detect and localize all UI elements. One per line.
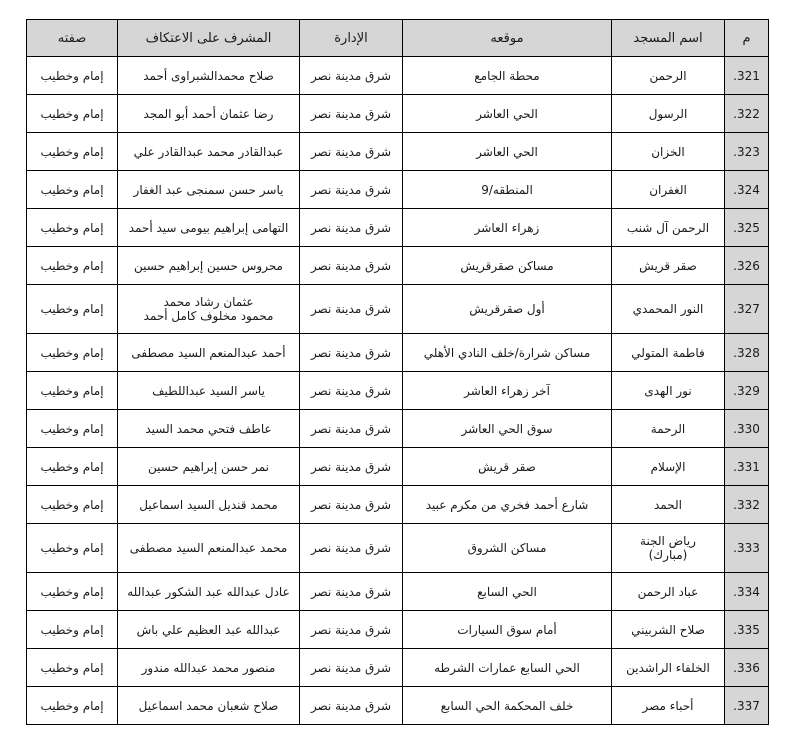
header-location: موقعه bbox=[403, 20, 612, 57]
cell-mosque: صلاح الشربيني bbox=[612, 611, 725, 649]
cell-mosque: الرحمن bbox=[612, 57, 725, 95]
cell-seq: .337 bbox=[725, 687, 769, 725]
cell-seq: .322 bbox=[725, 95, 769, 133]
cell-admin: شرق مدينة نصر bbox=[300, 611, 403, 649]
header-seq: م bbox=[725, 20, 769, 57]
cell-supervisor: صلاح شعبان محمد اسماعيل bbox=[118, 687, 300, 725]
header-supervisor: المشرف على الاعتكاف bbox=[118, 20, 300, 57]
cell-title: إمام وخطيب bbox=[27, 334, 118, 372]
cell-supervisor: عثمان رشاد محمد محمود مخلوف كامل أحمد bbox=[118, 285, 300, 334]
cell-supervisor: ياسر حسن سمنجى عبد الغفار bbox=[118, 171, 300, 209]
cell-title: إمام وخطيب bbox=[27, 171, 118, 209]
table-row: .329 نور الهدى آخر زهراء العاشر شرق مدين… bbox=[27, 372, 769, 410]
cell-mosque: صقر قريش bbox=[612, 247, 725, 285]
cell-mosque: الرحمن آل شنب bbox=[612, 209, 725, 247]
table-row: .333 رياض الجنة (مبارك) مساكن الشروق شرق… bbox=[27, 524, 769, 573]
table-row: .321 الرحمن محطة الجامع شرق مدينة نصر صل… bbox=[27, 57, 769, 95]
cell-mosque: الغفران bbox=[612, 171, 725, 209]
cell-admin: شرق مدينة نصر bbox=[300, 410, 403, 448]
cell-seq: .333 bbox=[725, 524, 769, 573]
table-row: .324 الغفران المنطقه/9 شرق مدينة نصر ياس… bbox=[27, 171, 769, 209]
cell-supervisor: محمد قنديل السيد اسماعيل bbox=[118, 486, 300, 524]
cell-location: آخر زهراء العاشر bbox=[403, 372, 612, 410]
cell-supervisor: نمر حسن إبراهيم حسين bbox=[118, 448, 300, 486]
cell-seq: .323 bbox=[725, 133, 769, 171]
cell-supervisor: عاطف فتحي محمد السيد bbox=[118, 410, 300, 448]
cell-supervisor: رضا عثمان أحمد أبو المجد bbox=[118, 95, 300, 133]
table-body: .321 الرحمن محطة الجامع شرق مدينة نصر صل… bbox=[27, 57, 769, 725]
document-page: م اسم المسجد موقعه الإدارة المشرف على ال… bbox=[0, 0, 807, 738]
cell-seq: .324 bbox=[725, 171, 769, 209]
cell-supervisor: منصور محمد عبدالله مندور bbox=[118, 649, 300, 687]
cell-seq: .321 bbox=[725, 57, 769, 95]
cell-location: المنطقه/9 bbox=[403, 171, 612, 209]
cell-location: خلف المحكمة الحي السابع bbox=[403, 687, 612, 725]
cell-admin: شرق مدينة نصر bbox=[300, 133, 403, 171]
cell-admin: شرق مدينة نصر bbox=[300, 687, 403, 725]
cell-title: إمام وخطيب bbox=[27, 372, 118, 410]
cell-seq: .329 bbox=[725, 372, 769, 410]
cell-seq: .331 bbox=[725, 448, 769, 486]
cell-location: مساكن صقرقريش bbox=[403, 247, 612, 285]
cell-mosque: الرسول bbox=[612, 95, 725, 133]
table-row: .322 الرسول الحي العاشر شرق مدينة نصر رض… bbox=[27, 95, 769, 133]
cell-supervisor: أحمد عبدالمنعم السيد مصطفى bbox=[118, 334, 300, 372]
cell-seq: .332 bbox=[725, 486, 769, 524]
header-administration: الإدارة bbox=[300, 20, 403, 57]
cell-seq: .327 bbox=[725, 285, 769, 334]
cell-location: صقر قريش bbox=[403, 448, 612, 486]
cell-location: زهراء العاشر bbox=[403, 209, 612, 247]
table-row: .328 فاطمة المتولي مساكن شرارة/خلف الناد… bbox=[27, 334, 769, 372]
table-row: .325 الرحمن آل شنب زهراء العاشر شرق مدين… bbox=[27, 209, 769, 247]
cell-title: إمام وخطيب bbox=[27, 285, 118, 334]
cell-title: إمام وخطيب bbox=[27, 611, 118, 649]
cell-admin: شرق مدينة نصر bbox=[300, 247, 403, 285]
cell-mosque: الإسلام bbox=[612, 448, 725, 486]
cell-admin: شرق مدينة نصر bbox=[300, 524, 403, 573]
cell-admin: شرق مدينة نصر bbox=[300, 95, 403, 133]
table-row: .335 صلاح الشربيني أمام سوق السيارات شرق… bbox=[27, 611, 769, 649]
cell-supervisor: عادل عبدالله عبد الشكور عبدالله bbox=[118, 573, 300, 611]
table-row: .327 النور المحمدي أول صقرقريش شرق مدينة… bbox=[27, 285, 769, 334]
cell-location: سوق الحي العاشر bbox=[403, 410, 612, 448]
cell-admin: شرق مدينة نصر bbox=[300, 209, 403, 247]
cell-location: الحي العاشر bbox=[403, 95, 612, 133]
cell-title: إمام وخطيب bbox=[27, 133, 118, 171]
cell-mosque: رياض الجنة (مبارك) bbox=[612, 524, 725, 573]
table-row: .332 الحمد شارع أحمد فخري من مكرم عبيد ش… bbox=[27, 486, 769, 524]
cell-title: إمام وخطيب bbox=[27, 649, 118, 687]
table-row: .326 صقر قريش مساكن صقرقريش شرق مدينة نص… bbox=[27, 247, 769, 285]
cell-mosque: الحمد bbox=[612, 486, 725, 524]
cell-seq: .335 bbox=[725, 611, 769, 649]
cell-supervisor: عبدالقادر محمد عبدالقادر علي bbox=[118, 133, 300, 171]
cell-title: إمام وخطيب bbox=[27, 209, 118, 247]
cell-mosque: عباد الرحمن bbox=[612, 573, 725, 611]
cell-location: أمام سوق السيارات bbox=[403, 611, 612, 649]
cell-supervisor: صلاح محمدالشبراوى أحمد bbox=[118, 57, 300, 95]
cell-supervisor: التهامى إبراهيم بيومى سيد أحمد bbox=[118, 209, 300, 247]
cell-location: مساكن شرارة/خلف النادي الأهلي bbox=[403, 334, 612, 372]
cell-title: إمام وخطيب bbox=[27, 524, 118, 573]
cell-location: مساكن الشروق bbox=[403, 524, 612, 573]
cell-title: إمام وخطيب bbox=[27, 247, 118, 285]
cell-title: إمام وخطيب bbox=[27, 410, 118, 448]
cell-mosque: نور الهدى bbox=[612, 372, 725, 410]
cell-mosque: النور المحمدي bbox=[612, 285, 725, 334]
table-row: .337 أحباء مصر خلف المحكمة الحي السابع ش… bbox=[27, 687, 769, 725]
itikaf-supervisors-table: م اسم المسجد موقعه الإدارة المشرف على ال… bbox=[26, 19, 769, 725]
header-mosque-name: اسم المسجد bbox=[612, 20, 725, 57]
cell-seq: .334 bbox=[725, 573, 769, 611]
cell-title: إمام وخطيب bbox=[27, 95, 118, 133]
cell-mosque: الخلفاء الراشدين bbox=[612, 649, 725, 687]
cell-title: إمام وخطيب bbox=[27, 687, 118, 725]
cell-title: إمام وخطيب bbox=[27, 57, 118, 95]
header-title: صفته bbox=[27, 20, 118, 57]
cell-title: إمام وخطيب bbox=[27, 573, 118, 611]
cell-location: أول صقرقريش bbox=[403, 285, 612, 334]
cell-supervisor: محمد عبدالمنعم السيد مصطفى bbox=[118, 524, 300, 573]
cell-seq: .328 bbox=[725, 334, 769, 372]
cell-admin: شرق مدينة نصر bbox=[300, 372, 403, 410]
cell-supervisor: عبدالله عبد العظيم علي باش bbox=[118, 611, 300, 649]
cell-admin: شرق مدينة نصر bbox=[300, 57, 403, 95]
cell-mosque: الخزان bbox=[612, 133, 725, 171]
cell-location: الحي السابع عمارات الشرطه bbox=[403, 649, 612, 687]
cell-seq: .336 bbox=[725, 649, 769, 687]
cell-admin: شرق مدينة نصر bbox=[300, 573, 403, 611]
cell-supervisor: محروس حسين إبراهيم حسين bbox=[118, 247, 300, 285]
cell-admin: شرق مدينة نصر bbox=[300, 649, 403, 687]
cell-mosque: الرحمة bbox=[612, 410, 725, 448]
cell-location: محطة الجامع bbox=[403, 57, 612, 95]
cell-seq: .330 bbox=[725, 410, 769, 448]
cell-admin: شرق مدينة نصر bbox=[300, 448, 403, 486]
table-row: .331 الإسلام صقر قريش شرق مدينة نصر نمر … bbox=[27, 448, 769, 486]
cell-admin: شرق مدينة نصر bbox=[300, 171, 403, 209]
table-row: .334 عباد الرحمن الحي السابع شرق مدينة ن… bbox=[27, 573, 769, 611]
cell-seq: .326 bbox=[725, 247, 769, 285]
cell-location: الحي العاشر bbox=[403, 133, 612, 171]
cell-location: شارع أحمد فخري من مكرم عبيد bbox=[403, 486, 612, 524]
cell-mosque: أحباء مصر bbox=[612, 687, 725, 725]
cell-title: إمام وخطيب bbox=[27, 448, 118, 486]
table-row: .330 الرحمة سوق الحي العاشر شرق مدينة نص… bbox=[27, 410, 769, 448]
cell-mosque: فاطمة المتولي bbox=[612, 334, 725, 372]
cell-admin: شرق مدينة نصر bbox=[300, 486, 403, 524]
cell-location: الحي السابع bbox=[403, 573, 612, 611]
cell-seq: .325 bbox=[725, 209, 769, 247]
cell-supervisor: ياسر السيد عبداللطيف bbox=[118, 372, 300, 410]
cell-title: إمام وخطيب bbox=[27, 486, 118, 524]
cell-admin: شرق مدينة نصر bbox=[300, 334, 403, 372]
table-header-row: م اسم المسجد موقعه الإدارة المشرف على ال… bbox=[27, 20, 769, 57]
cell-admin: شرق مدينة نصر bbox=[300, 285, 403, 334]
table-row: .323 الخزان الحي العاشر شرق مدينة نصر عب… bbox=[27, 133, 769, 171]
table-row: .336 الخلفاء الراشدين الحي السابع عمارات… bbox=[27, 649, 769, 687]
